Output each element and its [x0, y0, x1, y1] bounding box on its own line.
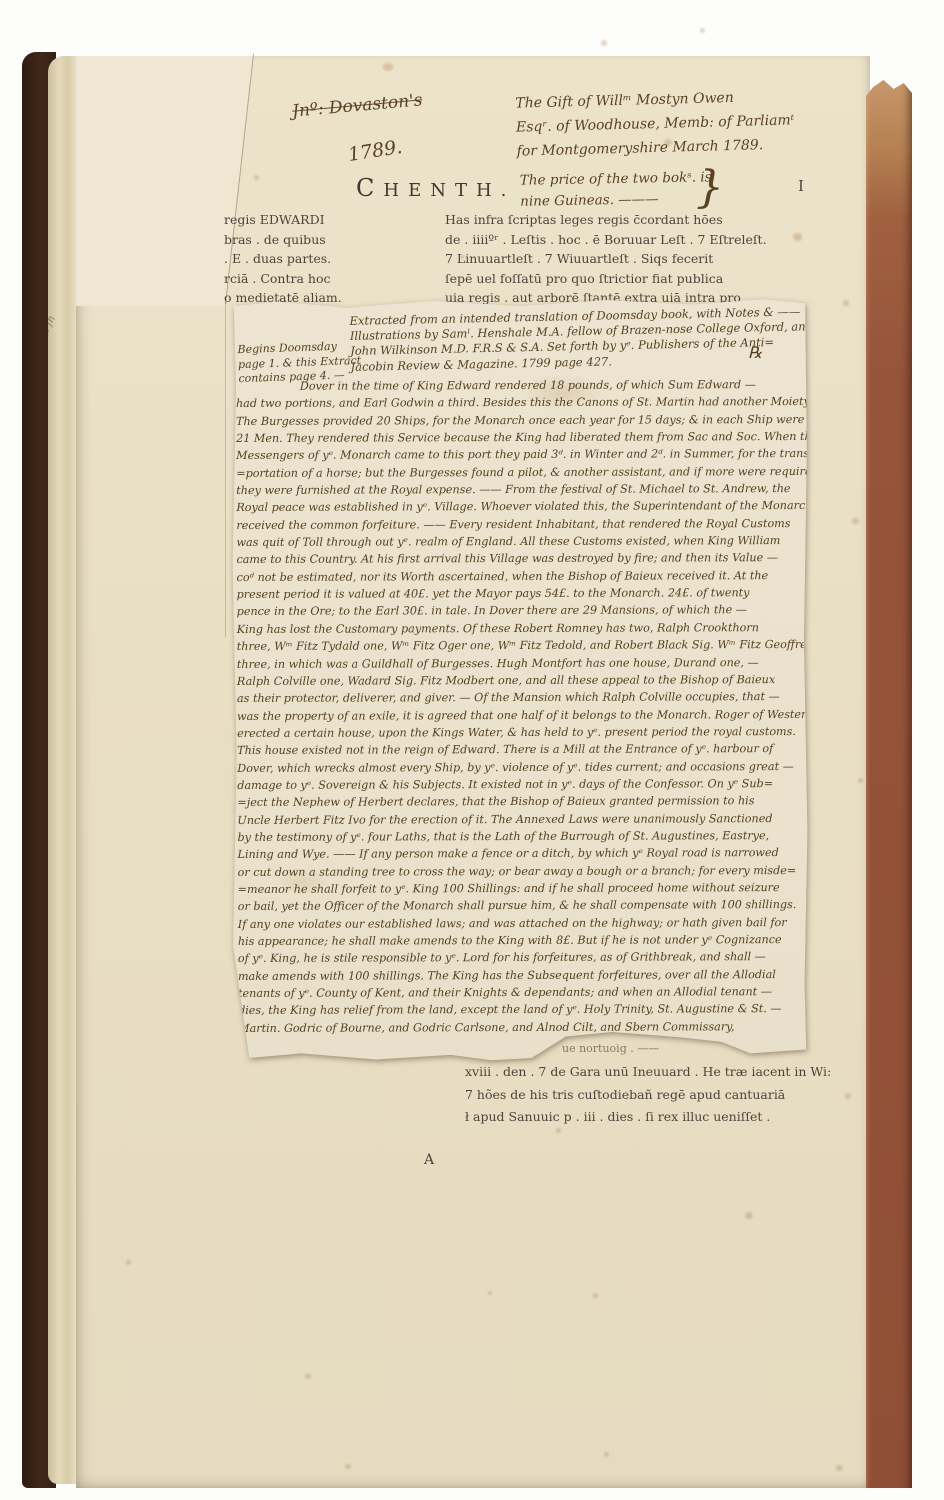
- printed-line: bras . de quibus: [224, 230, 342, 250]
- manuscript-line: as their protector, deliverer, and giver…: [237, 688, 803, 707]
- price-line: The price of the two bokˢ. is: [520, 167, 712, 191]
- foxing-spot: [383, 63, 393, 71]
- printed-line: 7 hões de his tris cuſtodiebañ regē apud…: [465, 1084, 831, 1107]
- foxing-spot: [460, 255, 464, 259]
- manuscript-line: by the testimony of yᵉ. four Laths, that…: [237, 827, 803, 846]
- manuscript-line: tenants of yᵉ. County of Kent, and their…: [238, 983, 804, 1002]
- printed-right-column: Has infra ſcriptas leges regis c̄cordant…: [445, 210, 767, 308]
- foxing-spot: [852, 518, 859, 524]
- manuscript-line: Royal peace was established in yᵉ. Villa…: [236, 497, 802, 516]
- owner-signature: Jnº: Dovaston's: [291, 90, 423, 121]
- book-photograph: msday, ſh Jnº: Dovaston's 1789. The Gift…: [0, 0, 944, 1500]
- printed-line: rciā . Contra hoc: [224, 269, 342, 289]
- owner-signature-year: 1789.: [347, 136, 404, 166]
- printed-left-column: regis EDWARDIbras . de quibus. E . duas …: [224, 210, 342, 308]
- printed-line: Has infra ſcriptas leges regis c̄cordant…: [445, 210, 767, 230]
- crease-line-vertical: [225, 302, 226, 637]
- book-page: Jnº: Dovaston's 1789. The Gift of Willᵐ …: [76, 56, 870, 1488]
- foxing-spot: [488, 1291, 492, 1295]
- printed-line: xviii . den . 7 de Gara unū Ineuuard . H…: [465, 1061, 831, 1084]
- chapter-heading: CHENTH.: [356, 174, 515, 202]
- foxing-spot: [604, 1452, 609, 1457]
- price-brace: }: [696, 162, 724, 213]
- gathering-signature-mark: A: [424, 1152, 434, 1168]
- manuscript-line: pence in the Ore; to the Earl 30£. in ta…: [237, 601, 803, 620]
- foxing-spot: [126, 1260, 131, 1265]
- manuscript-paper: Extracted from an intended translation o…: [232, 297, 808, 1061]
- manuscript-line: The Burgesses provided 20 Ships, for the…: [236, 411, 802, 430]
- manuscript-line: had two portions, and Earl Godwin a thir…: [236, 393, 802, 412]
- manuscript-line: Ralph Colville one, Wadard Sig. Fitz Mod…: [237, 671, 803, 690]
- foxing-spot: [845, 1093, 851, 1099]
- foxing-spot: [700, 28, 705, 33]
- manuscript-line: of yᵉ. King, he is stile responsible to …: [238, 948, 804, 967]
- manuscript-line: they were furnished at the Royal expense…: [236, 480, 802, 499]
- manuscript-line: Martin. Godric of Bourne, and Godric Car…: [238, 1018, 804, 1037]
- manuscript-line: coᵈ not be estimated, nor its Worth asce…: [237, 567, 803, 586]
- manuscript-line: This house existed not in the reign of E…: [237, 740, 803, 759]
- manuscript-line: 21 Men. They rendered this Service becau…: [236, 428, 802, 447]
- right-cloth-binding: [866, 80, 912, 1488]
- pasted-manuscript-leaf: Extracted from an intended translation o…: [232, 297, 808, 1061]
- manuscript-line: three, in which was a Guildhall of Burge…: [237, 654, 803, 673]
- manuscript-line: King has lost the Customary payments. Of…: [237, 619, 803, 638]
- foxing-spot: [858, 778, 863, 783]
- foxing-spot: [305, 1374, 311, 1379]
- manuscript-line: dies, the King has relief from the land,…: [238, 1000, 804, 1019]
- manuscript-line: =portation of a horse; but the Burgesses…: [236, 463, 802, 482]
- printed-line: . E . duas partes.: [224, 249, 342, 269]
- page-number: I: [798, 177, 804, 195]
- foxing-spot: [836, 1465, 843, 1471]
- manuscript-line: Messengers of yᵉ. Monarch came to this p…: [236, 445, 802, 464]
- manuscript-line: damage to yᵉ. Sovereign & his Subjects. …: [237, 775, 803, 794]
- manuscript-line: Uncle Herbert Fitz Ivo for the erection …: [237, 810, 803, 829]
- foxing-spot: [556, 1128, 561, 1133]
- manuscript-line: make amends with 100 shillings. The King…: [238, 966, 804, 985]
- manuscript-line: Dover, which wrecks almost every Ship, b…: [237, 758, 803, 777]
- manuscript-monogram: ℞: [748, 343, 762, 362]
- manuscript-header: Extracted from an intended translation o…: [349, 304, 813, 374]
- manuscript-line: or bail, yet the Officer of the Monarch …: [238, 896, 804, 915]
- manuscript-body: Dover in the time of King Edward rendere…: [236, 376, 804, 1037]
- foxing-spot: [254, 175, 259, 180]
- manuscript-line: three, Wᵐ Fitz Tydald one, Wᵐ Fitz Oger …: [237, 636, 803, 655]
- printed-line: ſepē uel foſſatū pro quo ſtrictior fiat …: [445, 269, 767, 289]
- manuscript-line: present period it is valued at 40£. yet …: [237, 584, 803, 603]
- manuscript-line: erected a certain house, upon the Kings …: [237, 723, 803, 742]
- printed-line: regis EDWARDI: [224, 210, 342, 230]
- manuscript-line: Dover in the time of King Edward rendere…: [236, 376, 802, 395]
- gift-inscription: The Gift of Willᵐ Mostyn Owen Esqʳ. of W…: [515, 84, 795, 163]
- foxing-spot: [793, 233, 802, 241]
- foxing-spot: [843, 300, 849, 306]
- manuscript-line: came to this Country. At his first arriv…: [236, 549, 802, 568]
- manuscript-line: =ject the Nephew of Herbert declares, th…: [237, 792, 803, 811]
- manuscript-line: Lining and Wye. —— If any person make a …: [237, 844, 803, 863]
- manuscript-line: his appearance; he shall make amends to …: [238, 931, 804, 950]
- manuscript-line: was the property of an exile, it is agre…: [237, 706, 803, 725]
- foxing-spot: [593, 1293, 598, 1298]
- printed-line: ł apud Sanuuic p . iii . dies . ſi rex i…: [465, 1106, 831, 1129]
- manuscript-line: received the common forfeiture. —— Every…: [236, 515, 802, 534]
- printed-below-leaf: xviii . den . 7 de Gara unū Ineuuard . H…: [465, 1061, 831, 1129]
- foxing-spot: [345, 1464, 351, 1469]
- printed-line: 7 Linuuartleſt . 7 Wiuuartleſt . Siqs fe…: [445, 249, 767, 269]
- manuscript-line: was quit of Toll through out yᵉ. realm o…: [236, 532, 802, 551]
- manuscript-line: If any one violates our established laws…: [238, 914, 804, 933]
- printed-line: de . iiiiºʳ . Leſtis . hoc . ē Boruuar L…: [445, 230, 767, 250]
- price-inscription: The price of the two bokˢ. is nine Guine…: [520, 167, 712, 212]
- foxing-spot: [664, 139, 672, 146]
- manuscript-line: =meanor he shall forfeit to yᵉ. King 100…: [238, 879, 804, 898]
- manuscript-line: or cut down a standing tree to cross the…: [238, 862, 804, 881]
- foxing-spot: [745, 1212, 753, 1219]
- foxing-spot: [601, 40, 607, 46]
